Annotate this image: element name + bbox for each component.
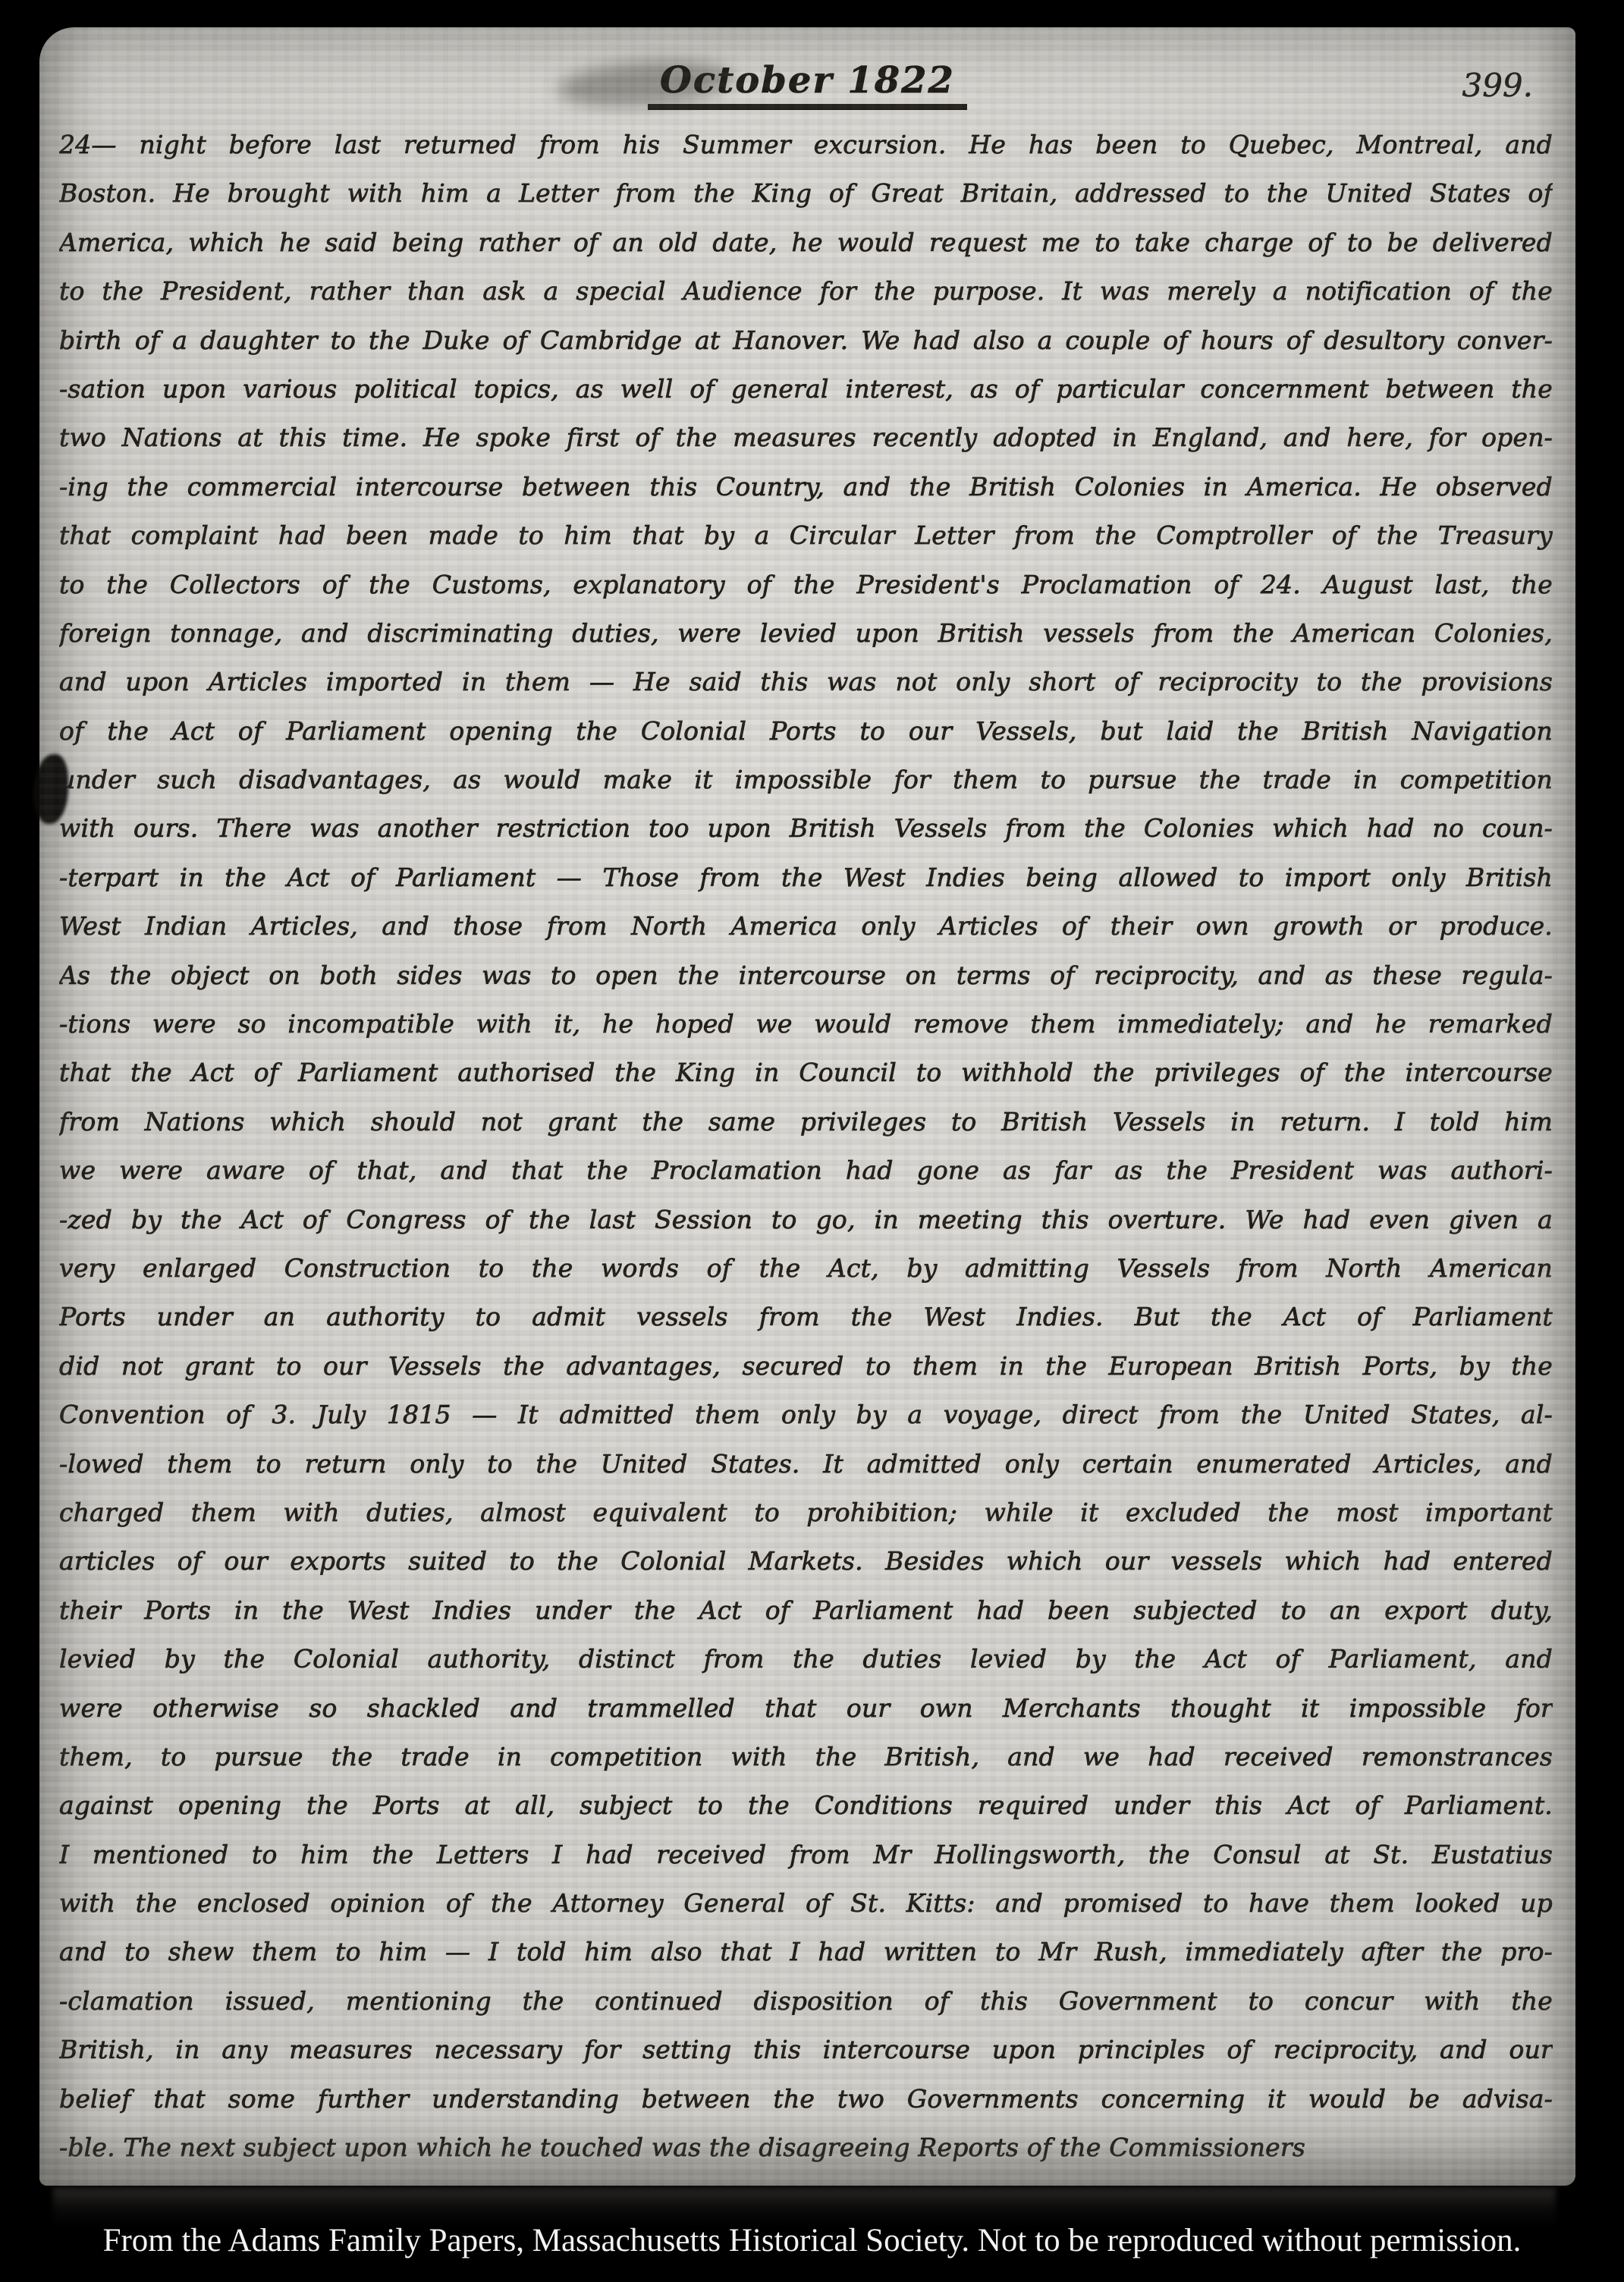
- manuscript-line: with the enclosed opinion of the Attorne…: [59, 1879, 1553, 1928]
- manuscript-line: -sation upon various political topics, a…: [59, 365, 1553, 413]
- manuscript-line: 24— night before last returned from his …: [59, 121, 1553, 169]
- manuscript-line: -lowed them to return only to the United…: [59, 1440, 1553, 1488]
- manuscript-line: America, which he said being rather of a…: [59, 218, 1553, 267]
- manuscript-line: -ing the commercial intercourse between …: [59, 463, 1553, 511]
- manuscript-line: of the Act of Parliament opening the Col…: [59, 707, 1553, 756]
- manuscript-line: belief that some further understanding b…: [59, 2075, 1553, 2123]
- manuscript-line: them, to pursue the trade in competition…: [59, 1733, 1553, 1781]
- manuscript-line: from Nations which should not grant the …: [59, 1098, 1553, 1146]
- manuscript-line: with ours. There was another restriction…: [59, 804, 1553, 853]
- manuscript-line: that complaint had been made to him that…: [59, 511, 1553, 560]
- manuscript-line: West Indian Articles, and those from Nor…: [59, 902, 1553, 951]
- manuscript-line: Convention of 3. July 1815 — It admitted…: [59, 1391, 1553, 1439]
- manuscript-line: -ble. The next subject upon which he tou…: [59, 2123, 1553, 2172]
- manuscript-line: I mentioned to him the Letters I had rec…: [59, 1831, 1553, 1879]
- manuscript-line: Ports under an authority to admit vessel…: [59, 1293, 1553, 1341]
- manuscript-line: to the Collectors of the Customs, explan…: [59, 561, 1553, 609]
- manuscript-line: British, in any measures necessary for s…: [59, 2026, 1553, 2074]
- manuscript-line: As the object on both sides was to open …: [59, 951, 1553, 1000]
- manuscript-line: their Ports in the West Indies under the…: [59, 1586, 1553, 1635]
- page-number: 399.: [1462, 67, 1533, 104]
- credit-line: From the Adams Family Papers, Massachuse…: [0, 2218, 1624, 2264]
- manuscript-scan: October 1822 399. 24— night before last …: [0, 0, 1624, 2282]
- manuscript-line: that the Act of Parliament authorised th…: [59, 1048, 1553, 1097]
- manuscript-line: charged them with duties, almost equival…: [59, 1488, 1553, 1537]
- manuscript-line: two Nations at this time. He spoke first…: [59, 413, 1553, 462]
- manuscript-line: -tions were so incompatible with it, he …: [59, 1000, 1553, 1048]
- manuscript-line: we were aware of that, and that the Proc…: [59, 1146, 1553, 1195]
- manuscript-line: under such disadvantages, as would make …: [59, 756, 1553, 804]
- manuscript-line: and upon Articles imported in them — He …: [59, 658, 1553, 706]
- manuscript-text: 24— night before last returned from his …: [59, 121, 1553, 2172]
- manuscript-line: -terpart in the Act of Parliament — Thos…: [59, 853, 1553, 902]
- manuscript-line: levied by the Colonial authority, distin…: [59, 1635, 1553, 1683]
- manuscript-line: and to shew them to him — I told him als…: [59, 1928, 1553, 1976]
- manuscript-line: to the President, rather than ask a spec…: [59, 267, 1553, 316]
- manuscript-line: birth of a daughter to the Duke of Cambr…: [59, 316, 1553, 365]
- manuscript-line: -zed by the Act of Congress of the last …: [59, 1196, 1553, 1244]
- manuscript-page: October 1822 399. 24— night before last …: [39, 27, 1575, 2186]
- manuscript-line: very enlarged Construction to the words …: [59, 1244, 1553, 1293]
- manuscript-line: -clamation issued, mentioning the contin…: [59, 1977, 1553, 2026]
- manuscript-line: Boston. He brought with him a Letter fro…: [59, 169, 1553, 218]
- manuscript-line: were otherwise so shackled and trammelle…: [59, 1684, 1553, 1733]
- manuscript-line: against opening the Ports at all, subjec…: [59, 1781, 1553, 1830]
- page-header: October 1822 399.: [39, 27, 1575, 110]
- manuscript-line: articles of our exports suited to the Co…: [59, 1537, 1553, 1586]
- manuscript-line: did not grant to our Vessels the advanta…: [59, 1342, 1553, 1391]
- manuscript-line: foreign tonnage, and discriminating duti…: [59, 609, 1553, 658]
